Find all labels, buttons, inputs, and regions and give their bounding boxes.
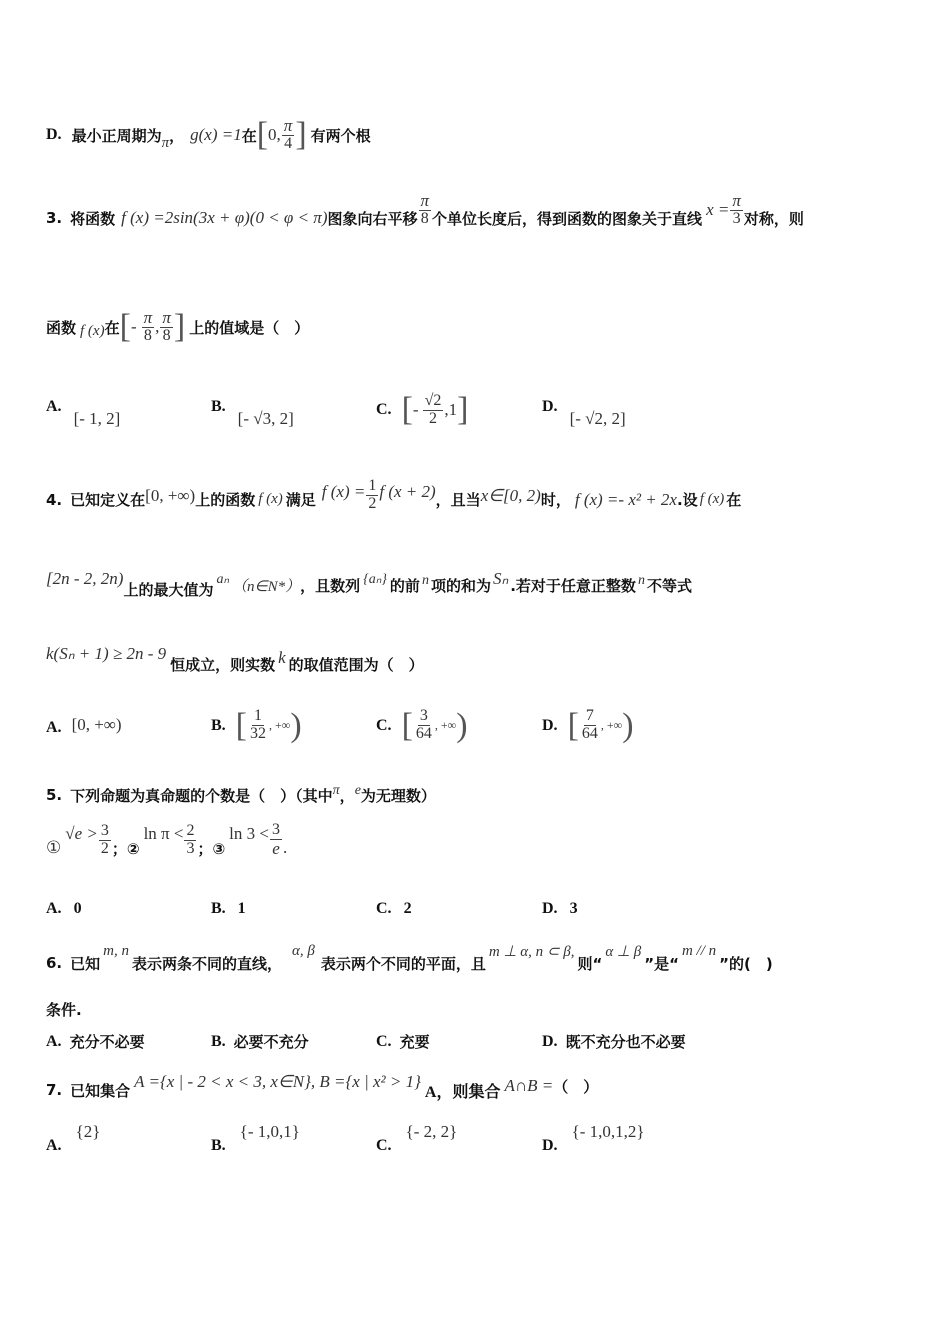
question-text: 下列命题为真命题的个数是（ ）（其中 xyxy=(70,785,333,806)
denominator: 8 xyxy=(142,328,154,345)
bracket-right: ) xyxy=(622,709,633,743)
option-label: C. xyxy=(376,1033,392,1051)
bracket-left: [ xyxy=(236,709,247,743)
math-expr: {aₙ} xyxy=(363,571,387,588)
math-expr: f (x + 2) xyxy=(379,482,435,502)
option-label: C. xyxy=(376,401,392,419)
question-text: 条件. xyxy=(46,999,82,1020)
option-label: D. xyxy=(542,1137,558,1155)
math-expr: α ⊥ β xyxy=(605,942,641,961)
denominator: 64 xyxy=(414,726,434,743)
question-text: 不等式 xyxy=(647,575,692,596)
option-value: [- 1, 2] xyxy=(74,409,121,429)
question-number: 3. xyxy=(46,209,62,227)
option-value: {2} xyxy=(76,1122,101,1142)
question-text: ，且当 xyxy=(436,489,481,510)
option-value: {- 1,0,1} xyxy=(240,1122,300,1142)
option-label: A. xyxy=(46,1137,62,1155)
q4-stem-line2: [2n - 2, 2n) 上的最大值为 aₙ （n∈N*） ，且数列 {aₙ} … xyxy=(46,560,692,610)
option-value: [- √3, 2] xyxy=(238,409,294,429)
q6-stem-line1: 6. 已知 m, n 表示两条不同的直线， α, β 表示两个不同的平面，且 m… xyxy=(46,935,773,975)
math-expr: aₙ xyxy=(216,571,229,588)
fraction: π4 xyxy=(282,117,295,153)
fraction: 12 xyxy=(366,478,378,513)
numerator: 3 xyxy=(270,822,282,840)
option-value: , +∞ xyxy=(601,718,622,733)
numerator: 3 xyxy=(418,708,430,726)
numerator: 1 xyxy=(366,478,378,496)
question-text: 在 xyxy=(726,489,741,510)
question-text: ”是“ xyxy=(644,953,679,974)
question-text: .若对于任意正整数 xyxy=(510,575,636,596)
q6-option-b[interactable]: B. 必要不充分 xyxy=(211,1031,309,1052)
q4-option-d[interactable]: D. [ 764 , +∞ ) xyxy=(542,698,634,753)
bracket-left: [ xyxy=(402,393,413,427)
math-var: n xyxy=(638,573,645,589)
question-text: 上的最大值为 xyxy=(123,579,213,600)
question-text: 表示两条不同的直线， xyxy=(132,953,282,974)
denominator: 2 xyxy=(366,496,378,513)
denominator: 4 xyxy=(282,136,294,153)
option-label: D. xyxy=(542,900,558,918)
denominator: 3 xyxy=(184,841,196,858)
question-number: 6. xyxy=(46,954,62,972)
math-pi: π xyxy=(162,135,170,152)
bracket-left: [ xyxy=(257,118,268,152)
q6-option-a[interactable]: A. 充分不必要 xyxy=(46,1031,145,1052)
numerator: π xyxy=(282,117,295,136)
q3-option-a[interactable]: A. [- 1, 2] xyxy=(46,405,120,425)
bracket-right: ] xyxy=(295,118,306,152)
q6-option-c[interactable]: C. 充要 xyxy=(376,1031,430,1052)
fraction: π8 xyxy=(142,309,155,345)
question-text: 已知定义在 xyxy=(70,489,145,510)
q5-option-c[interactable]: C. 2 xyxy=(376,900,412,918)
math-expr: [0, +∞) xyxy=(145,486,195,506)
math-var: k xyxy=(278,648,286,668)
option-label: B. xyxy=(211,398,226,416)
question-text: ，且数列 xyxy=(300,575,360,596)
question-text: 对称，则 xyxy=(744,208,804,229)
fraction: π8 xyxy=(160,309,173,345)
question-text: 函数 xyxy=(46,317,76,338)
option-label: D. xyxy=(542,1033,558,1051)
option-value: [- √2, 2] xyxy=(570,409,626,429)
q7-option-a[interactable]: A. {2} xyxy=(46,1122,100,1142)
q7-option-b[interactable]: B. {- 1,0,1} xyxy=(211,1122,300,1142)
math-expr: f (x) = xyxy=(322,482,366,502)
q5-propositions: ① √e > 32 ；② ln π < 23 ；③ ln 3 < 3e . xyxy=(46,815,287,865)
q4-option-b[interactable]: B. [ 132 , +∞ ) xyxy=(211,698,302,753)
option-text: 有两个根 xyxy=(311,125,371,146)
question-text: 上的函数 xyxy=(195,489,255,510)
q7-options: A. {2} B. {- 1,0,1} C. {- 2, 2} D. {- 1,… xyxy=(46,1122,926,1162)
denominator: 2 xyxy=(99,841,111,858)
question-text: （ ） xyxy=(553,1076,598,1097)
proposition-sep: ；③ xyxy=(197,838,225,859)
punct: ， xyxy=(340,785,355,806)
denominator: 8 xyxy=(161,328,173,345)
option-value: 充分不必要 xyxy=(70,1031,145,1052)
bracket-right: ] xyxy=(174,310,185,344)
bracket-right: ] xyxy=(457,393,468,427)
question-text: 上的值域是（ ） xyxy=(189,317,309,338)
numerator: 7 xyxy=(584,708,596,726)
q3-option-c[interactable]: C. [ - √22 ,1 ] xyxy=(376,385,468,435)
numerator: 3 xyxy=(99,823,111,841)
question-text: 的前 xyxy=(390,575,420,596)
option-label: A. xyxy=(46,719,62,737)
option-text: 在 xyxy=(242,125,257,146)
question-text: 已知集合 xyxy=(70,1080,130,1101)
option-label: B. xyxy=(211,717,226,735)
option-label: A. xyxy=(46,900,62,918)
fraction: π3 xyxy=(730,192,743,228)
option-value: 3 xyxy=(570,900,578,918)
math-expr: A∩B = xyxy=(504,1076,553,1096)
option-value: , +∞ xyxy=(269,718,290,733)
question-text: 已知 xyxy=(70,953,100,974)
bracket-left: [ xyxy=(402,709,413,743)
option-label: D. xyxy=(542,398,558,416)
denominator: 2 xyxy=(427,411,439,428)
numerator: π xyxy=(160,309,173,328)
math-expr: {x | x² > 1} xyxy=(345,1072,420,1092)
q6-stem-line2: 条件. xyxy=(46,997,82,1021)
numerator: π xyxy=(142,309,155,328)
q3-stem-line1: 3. 将函数 f (x) =2sin(3x + φ)(0 < φ < π) 图象… xyxy=(46,188,804,248)
question-text: 恒成立，则实数 xyxy=(170,654,275,675)
fraction: 364 xyxy=(414,708,434,743)
question-text: 个单位长度后，得到函数的图象关于直线 xyxy=(432,208,702,229)
question-text: 时， xyxy=(541,489,571,510)
option-label: B. xyxy=(211,1137,226,1155)
denominator: 64 xyxy=(580,726,600,743)
q6-options: A. 充分不必要 B. 必要不充分 C. 充要 D. 既不充分也不必要 xyxy=(46,1031,926,1056)
option-value: ,1 xyxy=(444,400,457,420)
question-text: A，则集合 xyxy=(425,1079,501,1102)
punct: . xyxy=(283,838,287,858)
math-expr: ln 3 < xyxy=(229,824,269,844)
q4-stem-line1: 4. 已知定义在 [0, +∞) 上的函数 f (x) 满足 f (x) = 1… xyxy=(46,472,741,527)
math-minus: - xyxy=(131,317,137,337)
question-text: 图象向右平移 xyxy=(328,208,418,229)
fraction: 764 xyxy=(580,708,600,743)
option-value: 1 xyxy=(238,900,246,918)
option-label: A. xyxy=(46,398,62,416)
math-expr: x = xyxy=(706,200,729,220)
question-text: 在 xyxy=(105,317,120,338)
q5-option-d[interactable]: D. 3 xyxy=(542,900,578,918)
fraction: 132 xyxy=(248,708,268,743)
option-value: [0, +∞) xyxy=(72,715,122,735)
q6-option-d[interactable]: D. 既不充分也不必要 xyxy=(542,1031,686,1052)
q5-options: A. 0 B. 1 C. 2 D. 3 xyxy=(46,900,926,925)
q5-stem-line1: 5. 下列命题为真命题的个数是（ ）（其中 π ， e 为无理数） xyxy=(46,780,436,810)
option-label: D. xyxy=(46,126,62,144)
denominator: e xyxy=(270,840,282,858)
numerator: 1 xyxy=(252,708,264,726)
numerator: π xyxy=(419,192,432,211)
option-value: 既不充分也不必要 xyxy=(566,1031,686,1052)
option-value: 0 xyxy=(74,900,82,918)
q3-stem-line2: 函数 f (x) 在 [ - π8 , π8 ] 上的值域是（ ） xyxy=(46,297,309,357)
option-label: C. xyxy=(376,717,392,735)
denominator: 32 xyxy=(248,726,268,743)
option-value: 必要不充分 xyxy=(234,1031,309,1052)
question-text: 表示两个不同的平面，且 xyxy=(321,953,486,974)
math-expr: f (x) xyxy=(80,323,105,340)
question-number: 7. xyxy=(46,1081,62,1099)
numerator: 2 xyxy=(184,823,196,841)
option-value: {- 1,0,1,2} xyxy=(572,1122,645,1142)
math-expr: m // n xyxy=(682,943,716,960)
bracket-right: ) xyxy=(456,709,467,743)
q7-option-c[interactable]: C. {- 2, 2} xyxy=(376,1122,457,1142)
option-label: C. xyxy=(376,900,392,918)
math-expr: x∈[0, 2) xyxy=(481,486,541,506)
option-value: {- 2, 2} xyxy=(406,1122,458,1142)
math-expr: （n∈N*） xyxy=(232,575,300,596)
question-text: 则“ xyxy=(577,953,602,974)
math-expr: f (x) =- x² + 2x xyxy=(575,490,677,510)
denominator: 3 xyxy=(731,211,743,228)
option-label: A. xyxy=(46,1033,62,1051)
bracket-left: [ xyxy=(120,310,131,344)
q5-option-b[interactable]: B. 1 xyxy=(211,900,246,918)
q7-stem: 7. 已知集合 A ={x | - 2 < x < 3, x∈N}, B = {… xyxy=(46,1068,598,1104)
math-expr: g(x) =1 xyxy=(190,125,242,145)
math-expr: 0, xyxy=(268,125,281,145)
option-label: B. xyxy=(211,900,226,918)
math-minus: - xyxy=(413,400,419,420)
option-value: 充要 xyxy=(400,1031,430,1052)
option-value: 2 xyxy=(404,900,412,918)
math-expr: α, β xyxy=(292,943,315,960)
option-text: 最小正周期为 xyxy=(72,125,162,146)
question-text: 项的和为 xyxy=(431,575,491,596)
option-label: C. xyxy=(376,1137,392,1155)
math-expr: m ⊥ α, n ⊂ β, xyxy=(489,942,575,961)
proposition-mark: ① xyxy=(46,838,61,858)
math-expr: m, n xyxy=(103,943,129,960)
denominator: 8 xyxy=(419,211,431,228)
question-text: ”的( ) xyxy=(719,953,773,974)
q4-option-c[interactable]: C. [ 364 , +∞ ) xyxy=(376,698,468,753)
option-label: D. xyxy=(542,717,558,735)
math-expr: A ={x | - 2 < x < 3, x∈N}, B = xyxy=(134,1072,345,1092)
bracket-left: [ xyxy=(568,709,579,743)
math-expr: f (x) =2sin(3x + φ)(0 < φ < π) xyxy=(121,208,327,228)
q4-options: A. [0, +∞) B. [ 132 , +∞ ) C. [ 364 , +∞… xyxy=(46,698,926,753)
question-text: 的取值范围为（ ） xyxy=(289,654,424,675)
math-expr: f (x) xyxy=(700,491,725,508)
question-number: 5. xyxy=(46,786,62,804)
q3-option-b[interactable]: B. [- √3, 2] xyxy=(211,405,294,425)
numerator: π xyxy=(730,192,743,211)
proposition-sep: ；② xyxy=(112,838,140,859)
q3-option-d[interactable]: D. [- √2, 2] xyxy=(542,405,626,425)
q2-option-d: D. 最小正周期为 π ， g(x) =1 在 [ 0, π4 ] 有两个根 xyxy=(46,100,371,170)
option-label: B. xyxy=(211,1033,226,1051)
q3-options: A. [- 1, 2] B. [- √3, 2] C. [ - √22 ,1 ]… xyxy=(46,385,926,445)
punct: ， xyxy=(169,125,184,146)
question-text: 满足 xyxy=(286,489,316,510)
math-expr: √e > xyxy=(65,824,98,844)
math-expr: [2n - 2, 2n) xyxy=(46,569,123,589)
math-expr: f (x) xyxy=(258,491,283,508)
question-number: 4. xyxy=(46,491,62,509)
q4-stem-line3: k(Sₙ + 1) ≥ 2n - 9 恒成立，则实数 k 的取值范围为（ ） xyxy=(46,640,424,680)
math-pi: π xyxy=(333,783,340,799)
fraction: 3e xyxy=(270,822,282,858)
fraction: π8 xyxy=(419,192,432,228)
fraction: 32 xyxy=(99,823,111,858)
math-expr: Sₙ xyxy=(493,569,508,589)
q4-option-a[interactable]: A. [0, +∞) xyxy=(46,703,122,753)
fraction: √22 xyxy=(423,393,444,428)
q5-option-a[interactable]: A. 0 xyxy=(46,900,82,918)
question-text: 为无理数） xyxy=(361,785,436,806)
bracket-right: ) xyxy=(290,709,301,743)
numerator: √2 xyxy=(423,393,444,411)
fraction: 23 xyxy=(184,823,196,858)
math-expr: ln π < xyxy=(144,824,184,844)
question-text: 将函数 xyxy=(70,208,115,229)
math-expr: k(Sₙ + 1) ≥ 2n - 9 xyxy=(46,644,166,664)
math-var: n xyxy=(422,573,429,589)
math-e: e xyxy=(355,783,361,799)
option-value: , +∞ xyxy=(435,718,456,733)
question-text: .设 xyxy=(677,489,698,510)
q7-option-d[interactable]: D. {- 1,0,1,2} xyxy=(542,1122,645,1142)
